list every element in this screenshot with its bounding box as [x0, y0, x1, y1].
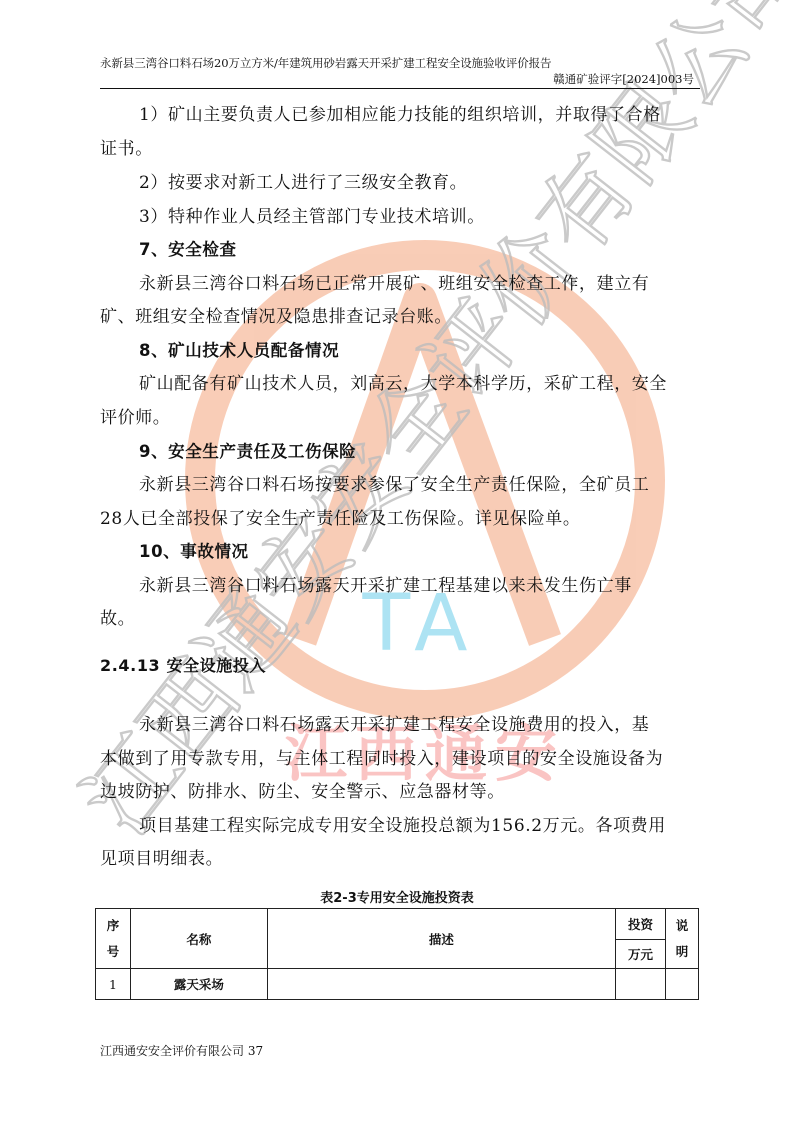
paragraph-line: 项目基建工程实际完成专用安全设施投总额为156.2万元。各项费用	[100, 815, 739, 837]
report-title: 永新县三湾谷口料石场20万立方米/年建筑用砂岩露天开采扩建工程安全设施验收评价报…	[100, 55, 551, 71]
cell-note	[666, 969, 699, 1000]
cell-investment	[616, 969, 666, 1000]
header-note: 说 明	[666, 909, 699, 969]
header-seq: 序 号	[96, 909, 131, 969]
paragraph-line: 边坡防护、防排水、防尘、安全警示、应急器材等。	[100, 781, 700, 803]
header-description: 描述	[267, 909, 615, 969]
header-name: 名称	[130, 909, 267, 969]
investment-table: 序 号 名称 描述 投资 说 明 万元 1 露天采场	[95, 908, 699, 1000]
paragraph-line: 见项目明细表。	[100, 848, 700, 870]
training-item-1-cont: 证书。	[100, 138, 700, 160]
document-page: TA 江西通安 江西通安安全评价有限公司 永新县三湾谷口料石场20万立方米/年建…	[0, 0, 794, 1123]
training-item-1: 1）矿山主要负责人已参加相应能力技能的组织培训，并取得了合格	[100, 104, 739, 126]
paragraph-line: 永新县三湾谷口料石场按要求参保了安全生产责任保险，全矿员工	[100, 474, 739, 496]
training-item-2: 2）按要求对新工人进行了三级安全教育。	[100, 172, 739, 194]
header-rule	[100, 88, 700, 89]
training-item-3: 3）特种作业人员经主管部门专业技术培训。	[100, 206, 739, 228]
table-row: 1 露天采场	[96, 969, 699, 1000]
table-caption: 表2-3专用安全设施投资表	[0, 887, 794, 906]
section-heading-technical-staff: 8、矿山技术人员配备情况	[100, 340, 739, 362]
page-footer: 江西通安安全评价有限公司 37	[100, 1042, 263, 1059]
paragraph-line: 评价师。	[100, 407, 700, 429]
section-heading-insurance: 9、安全生产责任及工伤保险	[100, 441, 739, 463]
document-code: 赣通矿验评字[2024]003号	[553, 71, 694, 87]
header-unit: 万元	[616, 940, 666, 969]
paragraph-line: 故。	[100, 608, 700, 630]
section-heading-safety-inspection: 7、安全检查	[100, 239, 739, 261]
cell-name: 露天采场	[130, 969, 267, 1000]
paragraph-line: 本做到了用专款专用，与主体工程同时投入，建设项目的安全设施设备为	[100, 748, 700, 770]
paragraph-line: 矿、班组安全检查情况及隐患排查记录台账。	[100, 306, 700, 328]
paragraph-line: 矿山配备有矿山技术人员，刘高云，大学本科学历，采矿工程，安全	[100, 373, 739, 395]
section-heading-accidents: 10、事故情况	[100, 541, 739, 563]
paragraph-line: 永新县三湾谷口料石场露天开采扩建工程基建以来未发生伤亡事	[100, 575, 739, 597]
header-investment: 投资	[616, 909, 666, 940]
cell-description	[267, 969, 615, 1000]
paragraph-line: 永新县三湾谷口料石场露天开采扩建工程安全设施费用的投入，基	[100, 714, 739, 736]
cell-seq: 1	[96, 969, 131, 1000]
paragraph-line: 永新县三湾谷口料石场已正常开展矿、班组安全检查工作，建立有	[100, 273, 739, 295]
paragraph-line: 28人已全部投保了安全生产责任险及工伤保险。详见保险单。	[100, 508, 700, 530]
subsection-title: 2.4.13 安全设施投入	[100, 655, 700, 677]
